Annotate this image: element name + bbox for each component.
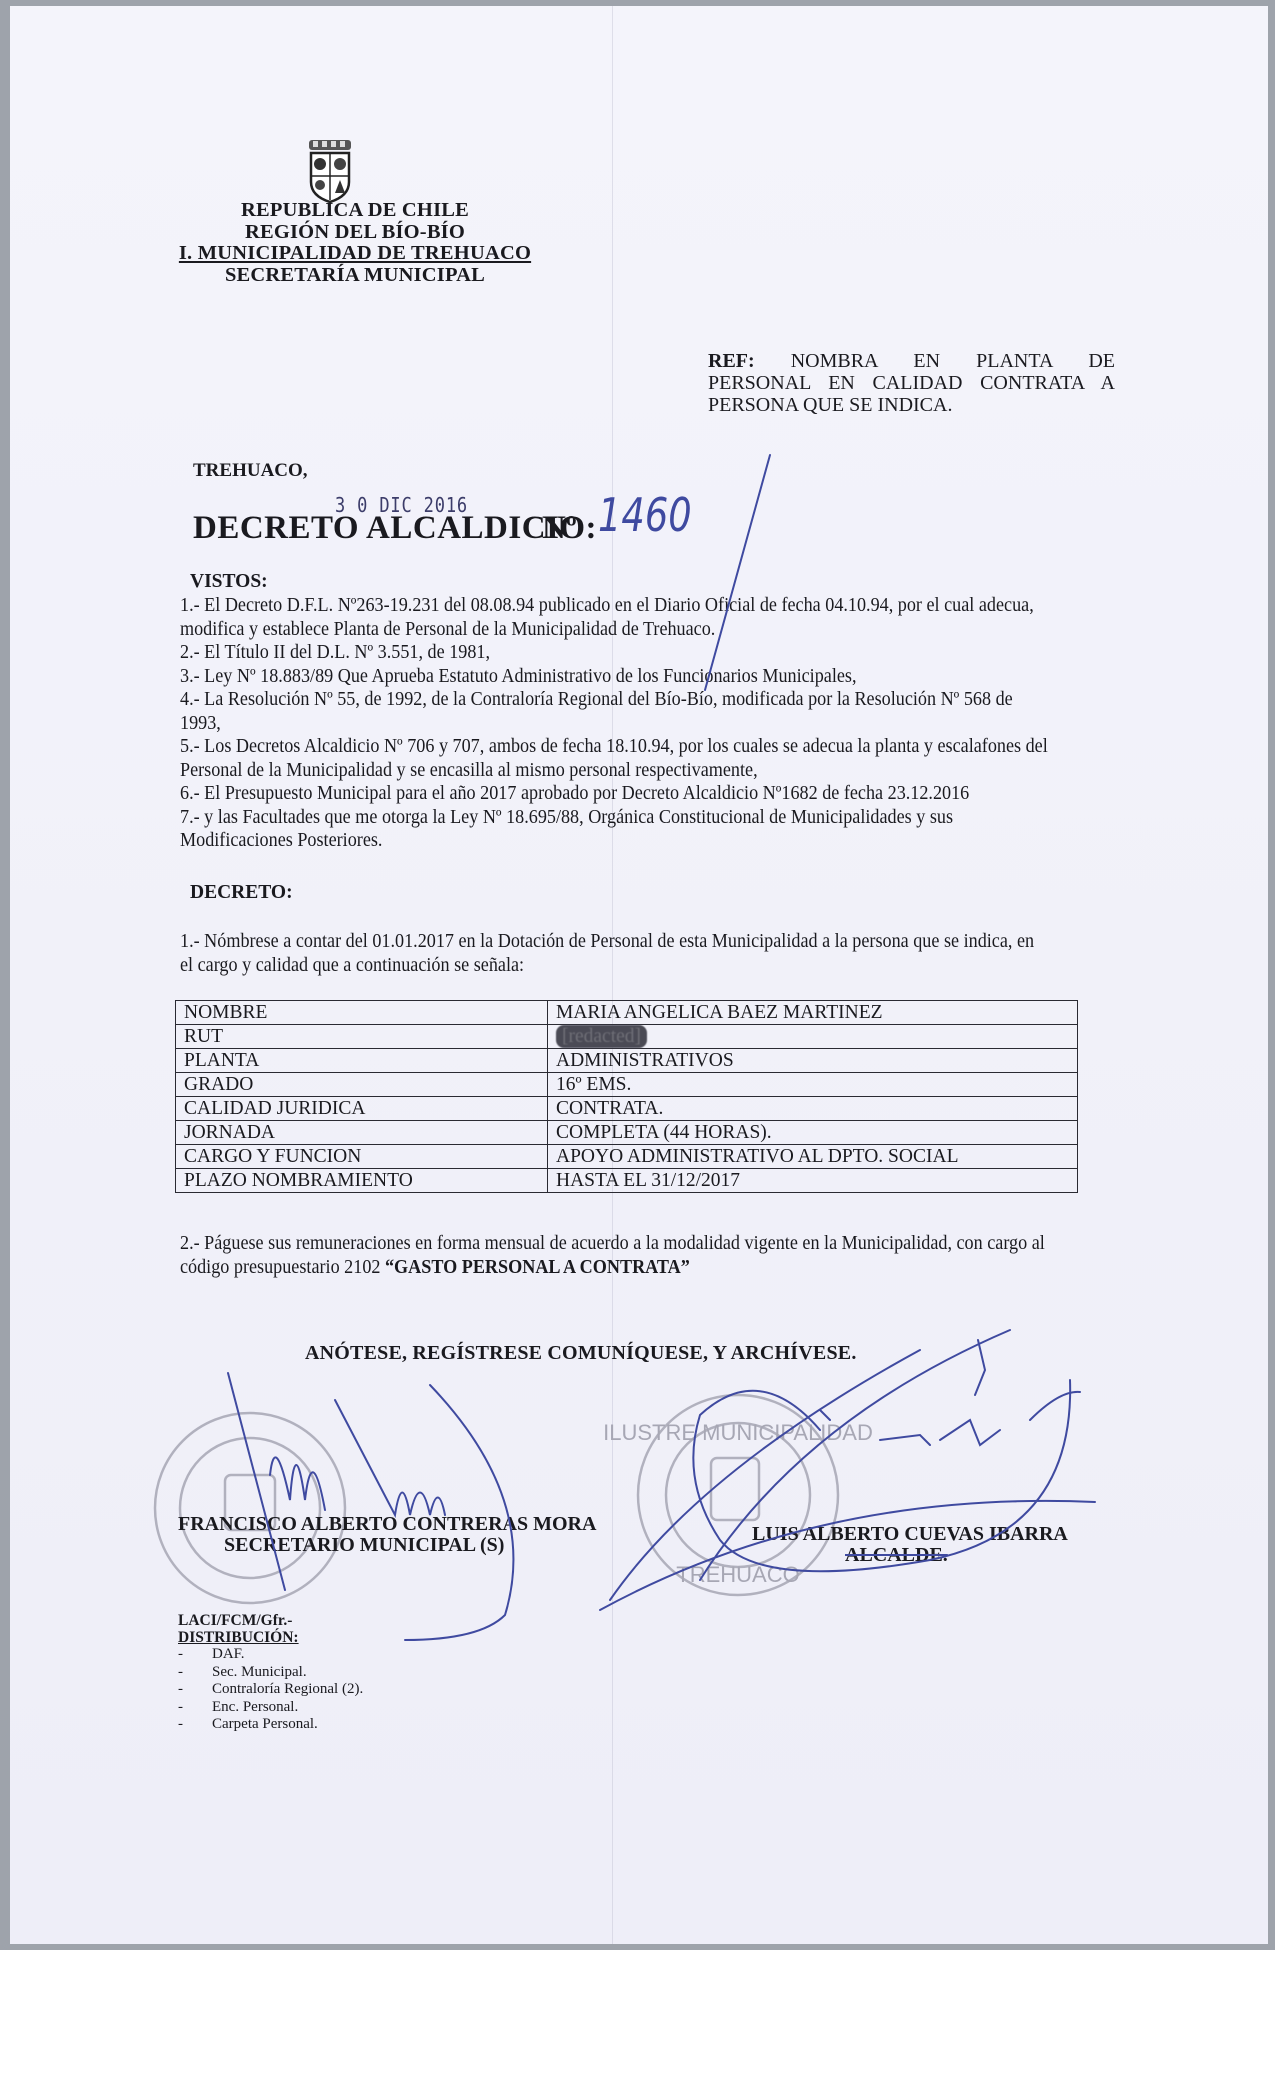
mayor-signature-block: LUIS ALBERTO CUEVAS IBARRA ALCALDE. [752, 1524, 1068, 1566]
table-row: NOMBREMARIA ANGELICA BAEZ MARTINEZ [176, 1001, 1078, 1025]
table-value: 16º EMS. [548, 1073, 1078, 1097]
mayor-name: LUIS ALBERTO CUEVAS IBARRA [752, 1524, 1068, 1545]
vistos-heading: VISTOS: [190, 571, 268, 593]
decreto-item-1: 1.- Nómbrese a contar del 01.01.2017 en … [180, 930, 1050, 977]
vistos-item: 1.- El Decreto D.F.L. Nº263-19.231 del 0… [180, 594, 1050, 641]
ref-label: REF: [708, 350, 755, 372]
distribution-item: -Enc. Personal. [178, 1699, 363, 1717]
table-row: GRADO16º EMS. [176, 1073, 1078, 1097]
secretary-name: FRANCISCO ALBERTO CONTRERAS MORA [178, 1514, 596, 1535]
secretary-signature-block: FRANCISCO ALBERTO CONTRERAS MORA SECRETA… [178, 1514, 596, 1556]
table-row: CARGO Y FUNCIONAPOYO ADMINISTRATIVO AL D… [176, 1145, 1078, 1169]
table-key: PLAZO NOMBRAMIENTO [176, 1169, 548, 1193]
vistos-item: 4.- La Resolución Nº 55, de 1992, de la … [180, 688, 1050, 735]
table-key: CALIDAD JURIDICA [176, 1097, 548, 1121]
decree-number-handwritten: 1460 [598, 488, 692, 542]
date-stamp: 3 0 DIC 2016 [335, 493, 468, 517]
table-row: PLAZO NOMBRAMIENTOHASTA EL 31/12/2017 [176, 1169, 1078, 1193]
mayor-role: ALCALDE. [752, 1545, 1068, 1566]
secretary-role: SECRETARIO MUNICIPAL (S) [178, 1535, 596, 1556]
budget-code-name: “GASTO PERSONAL A CONTRATA” [385, 1257, 690, 1278]
ref-line-3: PERSONA QUE SE INDICA. [708, 394, 1115, 416]
reference-block: REF: NOMBRA EN PLANTA DE PERSONAL EN CAL… [708, 350, 1115, 416]
distribution-item: -Sec. Municipal. [178, 1664, 363, 1682]
table-row: PLANTAADMINISTRATIVOS [176, 1049, 1078, 1073]
appointment-table: NOMBREMARIA ANGELICA BAEZ MARTINEZRUT[re… [175, 1000, 1078, 1193]
distribution-item: -Contraloría Regional (2). [178, 1681, 363, 1699]
distribution-list: -DAF. -Sec. Municipal. -Contraloría Regi… [178, 1646, 363, 1734]
table-key: NOMBRE [176, 1001, 548, 1025]
table-key: PLANTA [176, 1049, 548, 1073]
place: TREHUACO, [193, 460, 308, 482]
decree-number-label: Nº [542, 510, 577, 547]
footer-initials-block: LACI/FCM/Gfr.- DISTRIBUCIÓN: [178, 1612, 299, 1646]
vistos-item: 3.- Ley Nº 18.883/89 Que Aprueba Estatut… [180, 665, 1050, 689]
table-value: CONTRATA. [548, 1097, 1078, 1121]
table-value: MARIA ANGELICA BAEZ MARTINEZ [548, 1001, 1078, 1025]
vistos-item: 7.- y las Facultades que me otorga la Le… [180, 806, 1050, 853]
distribution-item: -Carpeta Personal. [178, 1716, 363, 1734]
letterhead-region: REGIÓN DEL BÍO-BÍO [160, 222, 550, 244]
table-value: ADMINISTRATIVOS [548, 1049, 1078, 1073]
decreto-item-2: 2.- Páguese sus remuneraciones en forma … [180, 1232, 1050, 1279]
table-key: RUT [176, 1025, 548, 1049]
table-value: [redacted] [548, 1025, 1078, 1049]
vistos-list: 1.- El Decreto D.F.L. Nº263-19.231 del 0… [180, 594, 1050, 853]
table-value: APOYO ADMINISTRATIVO AL DPTO. SOCIAL [548, 1145, 1078, 1169]
decreto-heading: DECRETO: [190, 882, 293, 904]
distribution-item: -DAF. [178, 1646, 363, 1664]
table-key: CARGO Y FUNCION [176, 1145, 548, 1169]
table-value: COMPLETA (44 HORAS). [548, 1121, 1078, 1145]
letterhead-municipality: I. MUNICIPALIDAD DE TREHUACO [160, 243, 550, 265]
ref-line-1: NOMBRA EN PLANTA DE [791, 350, 1115, 372]
letterhead-department: SECRETARÍA MUNICIPAL [160, 265, 550, 287]
table-row: CALIDAD JURIDICACONTRATA. [176, 1097, 1078, 1121]
letterhead: REPUBLICA DE CHILE REGIÓN DEL BÍO-BÍO I.… [160, 200, 550, 286]
vistos-item: 2.- El Título II del D.L. Nº 3.551, de 1… [180, 641, 1050, 665]
table-row: JORNADACOMPLETA (44 HORAS). [176, 1121, 1078, 1145]
decreto-item-1-text: 1.- Nómbrese a contar del 01.01.2017 en … [180, 930, 1050, 977]
table-key: JORNADA [176, 1121, 548, 1145]
file-initials: LACI/FCM/Gfr.- [178, 1612, 299, 1629]
letterhead-country: REPUBLICA DE CHILE [160, 200, 550, 222]
ref-line-2: PERSONAL EN CALIDAD CONTRATA A [708, 372, 1115, 394]
table-key: GRADO [176, 1073, 548, 1097]
table-row: RUT[redacted] [176, 1025, 1078, 1049]
vistos-item: 6.- El Presupuesto Municipal para el año… [180, 782, 1050, 806]
table-value: HASTA EL 31/12/2017 [548, 1169, 1078, 1193]
distribution-heading: DISTRIBUCIÓN: [178, 1629, 299, 1646]
redacted-rut: [redacted] [556, 1025, 647, 1048]
vistos-item: 5.- Los Decretos Alcaldicio Nº 706 y 707… [180, 735, 1050, 782]
closing-formula: ANÓTESE, REGÍSTRESE COMUNÍQUESE, Y ARCHÍ… [305, 1342, 857, 1365]
coat-of-arms-icon [305, 138, 355, 204]
